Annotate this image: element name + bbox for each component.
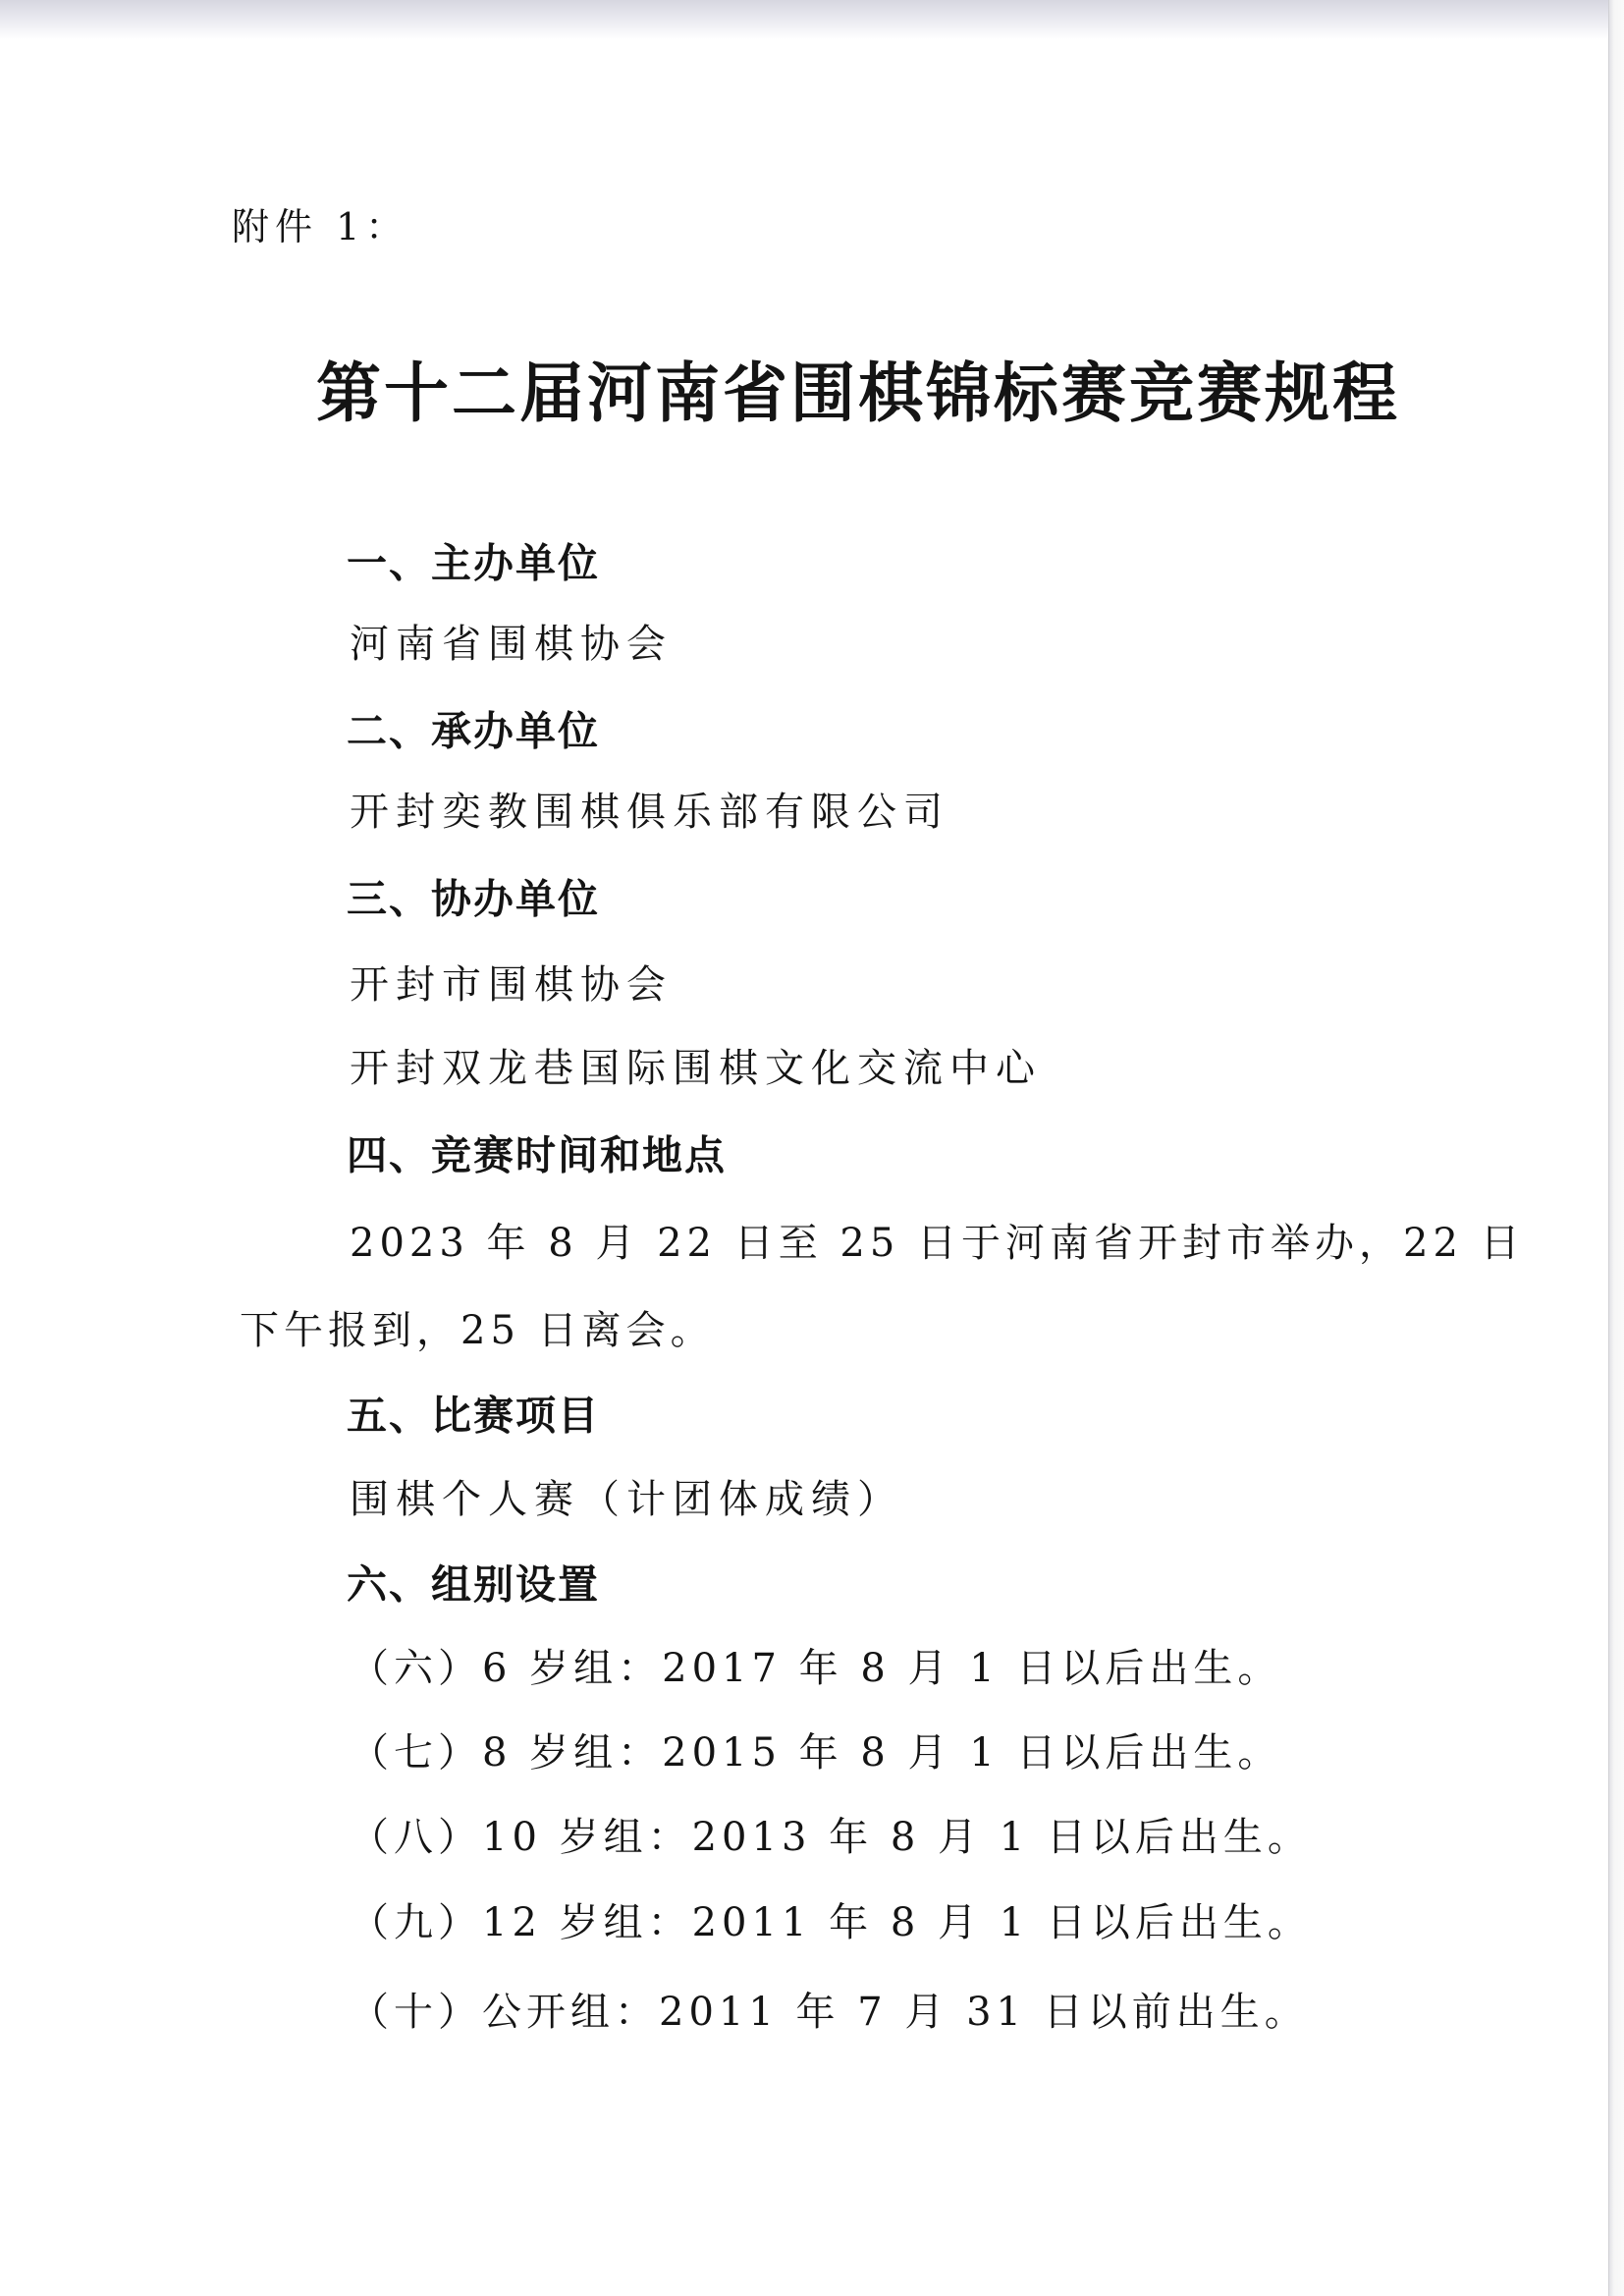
section-heading-co-organizer: 三、协办单位 xyxy=(347,880,600,920)
group-item-6yo: （六）6 岁组：2017 年 8 月 1 日以后出生。 xyxy=(350,1649,1281,1688)
document-title: 第十二届河南省围棋锦标赛竞赛规程 xyxy=(316,360,1400,425)
host-name: 开封奕教围棋俱乐部有限公司 xyxy=(350,793,949,832)
time-venue-text-line-2: 下午报到，25 日离会。 xyxy=(240,1311,715,1350)
event-text: 围棋个人赛（计团体成绩） xyxy=(350,1480,903,1519)
group-item-10yo: （八）10 岁组：2013 年 8 月 1 日以后出生。 xyxy=(350,1818,1312,1857)
scan-top-shadow xyxy=(0,0,1610,39)
group-item-8yo: （七）8 岁组：2015 年 8 月 1 日以后出生。 xyxy=(350,1733,1281,1773)
organizer-name: 河南省围棋协会 xyxy=(350,625,673,664)
section-heading-groups: 六、组别设置 xyxy=(347,1565,600,1606)
section-heading-organizer: 一、主办单位 xyxy=(347,544,600,584)
co-organizer-name-2: 开封双龙巷国际围棋文化交流中心 xyxy=(350,1049,1042,1088)
co-organizer-name-1: 开封市围棋协会 xyxy=(350,965,673,1005)
group-item-open: （十）公开组：2011 年 7 月 31 日以前出生。 xyxy=(350,1993,1309,2032)
section-heading-host: 二、承办单位 xyxy=(347,712,600,752)
scan-right-edge xyxy=(1608,0,1624,2296)
section-heading-event: 五、比赛项目 xyxy=(347,1396,600,1437)
time-venue-text-line-1: 2023 年 8 月 22 日至 25 日于河南省开封市举办，22 日 xyxy=(350,1224,1525,1263)
attachment-label: 附件 1： xyxy=(232,208,408,246)
section-heading-time-venue: 四、竞赛时间和地点 xyxy=(347,1136,727,1176)
group-item-12yo: （九）12 岁组：2011 年 8 月 1 日以后出生。 xyxy=(350,1903,1312,1942)
